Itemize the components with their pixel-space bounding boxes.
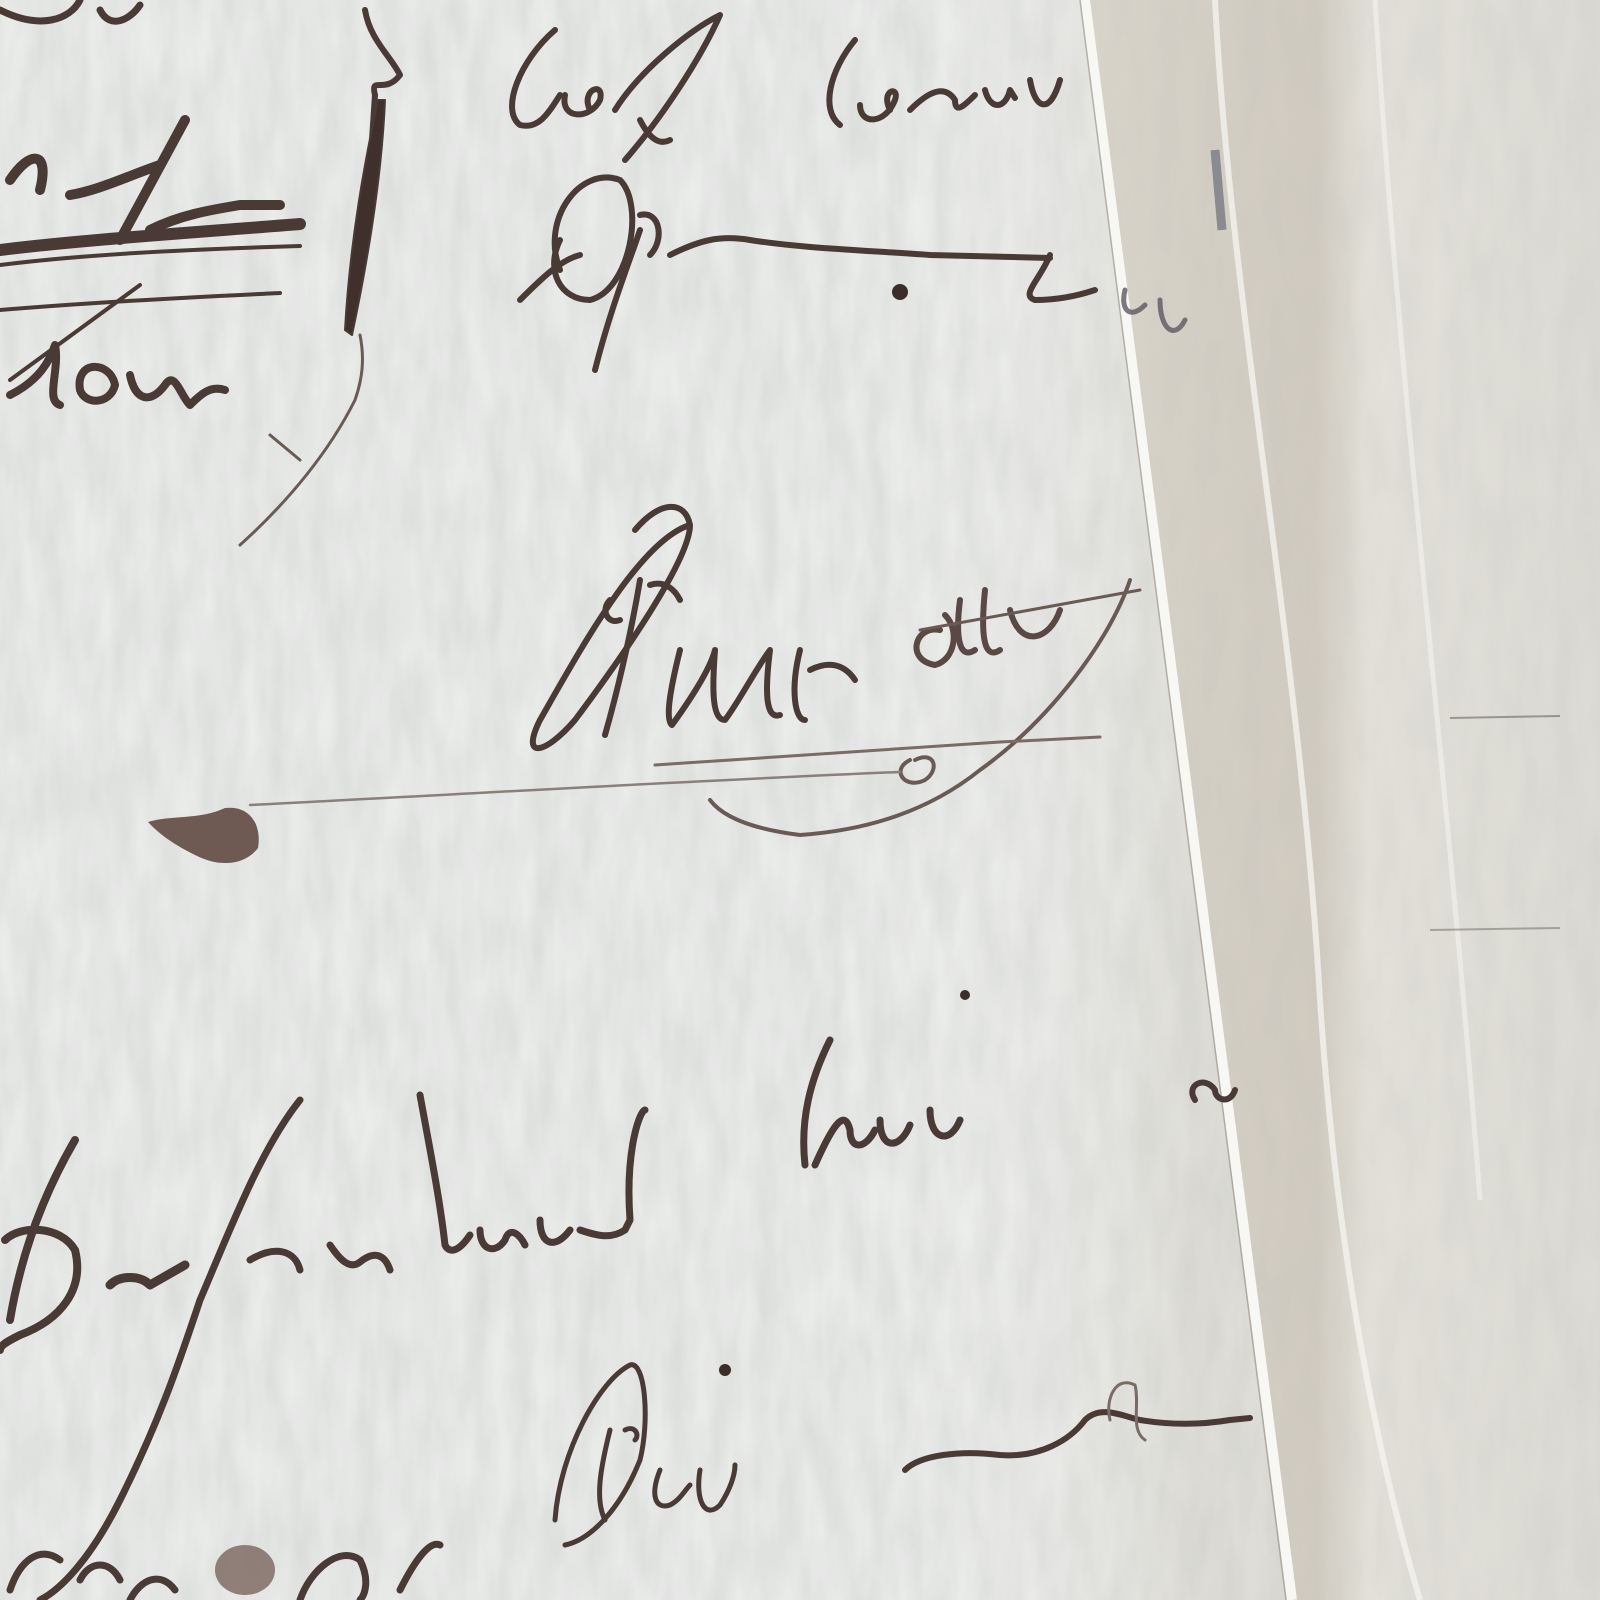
manuscript-photo: …ntré Cap cau Cantai Dji 24 …lon Durr al… [0,0,1600,1600]
manuscript-illustration [0,0,1600,1600]
ink-dot [892,284,908,300]
